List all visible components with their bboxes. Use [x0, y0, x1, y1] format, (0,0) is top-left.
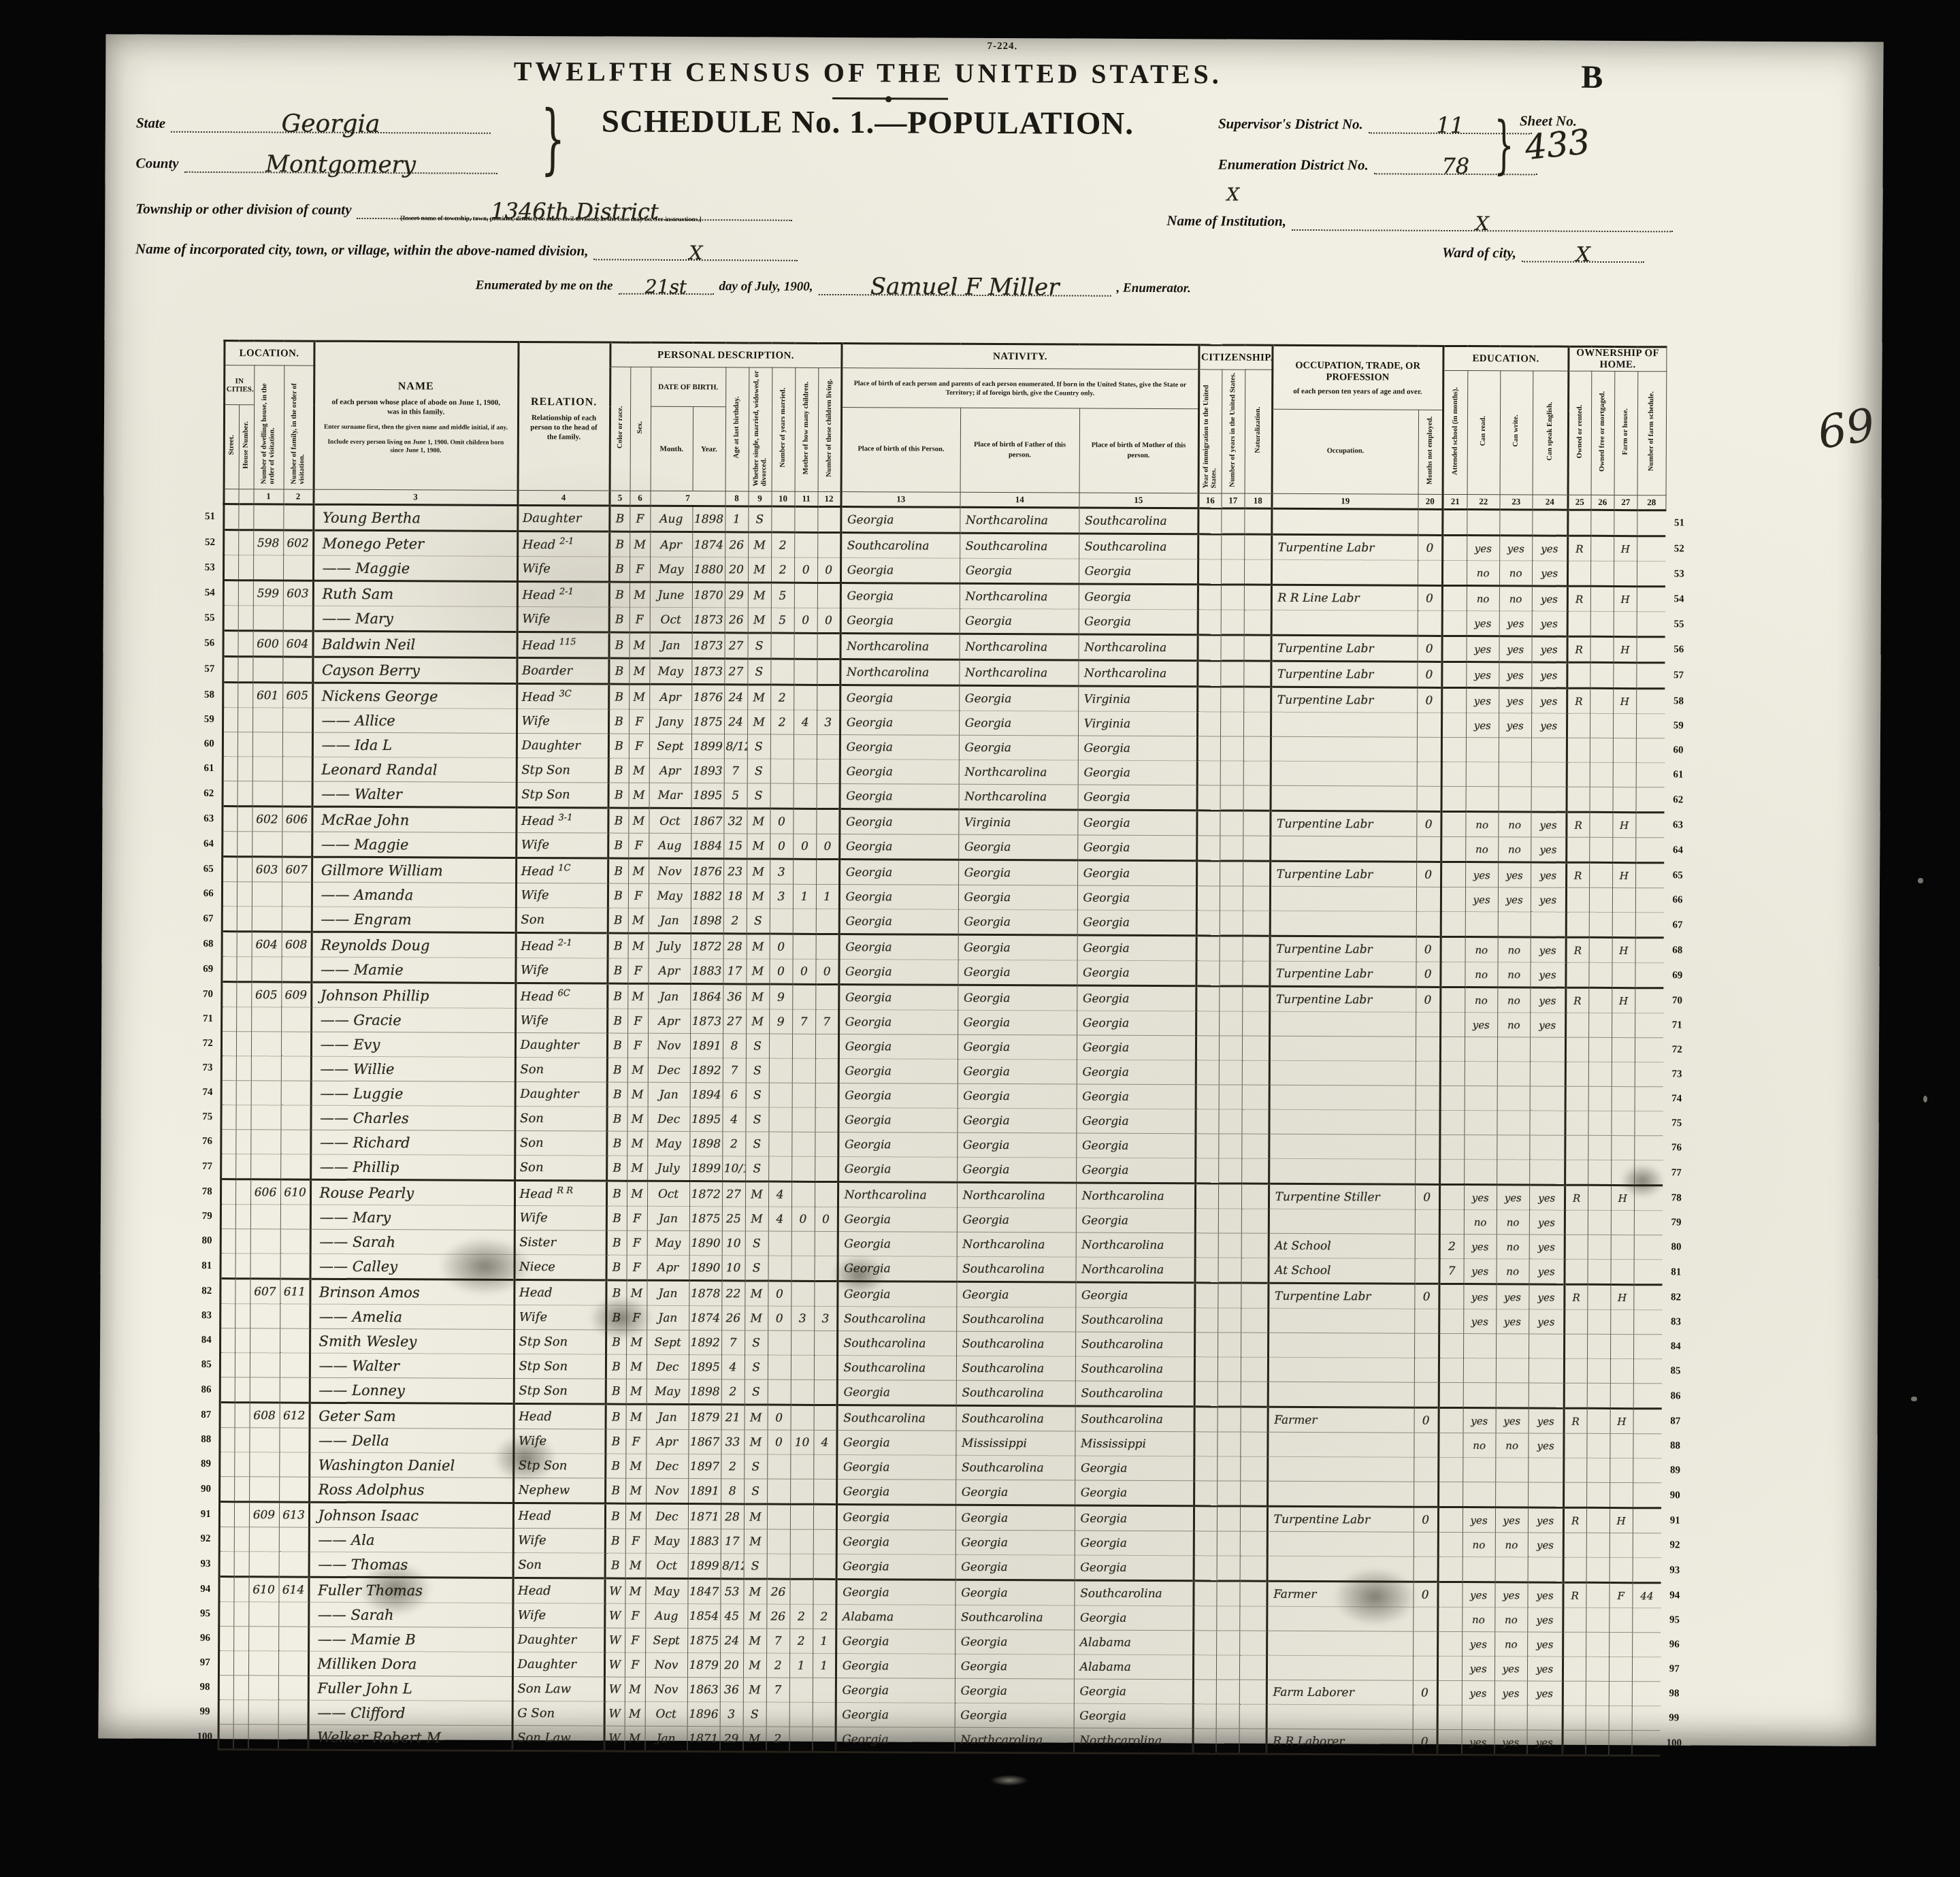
cell-n: 51 — [1665, 510, 1693, 536]
cell-cl — [817, 783, 840, 809]
ink-stain — [576, 1287, 665, 1349]
cell-fs — [1637, 587, 1665, 612]
cell-or — [1567, 662, 1590, 688]
cell-yr: 1882 — [691, 884, 723, 909]
cell-na — [1243, 911, 1270, 936]
paper-sheet: 7-224. B TWELFTH CENSUS OF THE UNITED ST… — [99, 34, 1884, 1746]
cell-fh — [1612, 1037, 1635, 1062]
cell-s: M — [626, 1354, 647, 1379]
cell-mc — [792, 1034, 815, 1058]
cell-rel: Daughter — [515, 1032, 607, 1058]
institution-line: Name of Institution, X — [1166, 212, 1673, 232]
cell-sch — [1442, 610, 1467, 636]
tally-annotation: 6C — [557, 988, 570, 998]
cell-c: B — [606, 1404, 626, 1429]
cell-c: B — [608, 858, 628, 883]
cell-en: yes — [1529, 1309, 1564, 1334]
paper-stain — [307, 417, 866, 773]
cell-fh — [1609, 1632, 1632, 1656]
ward-line: Ward of city, X — [1442, 243, 1644, 263]
cell-occ — [1267, 1655, 1413, 1680]
state-line: State Georgia — [136, 111, 491, 134]
cell-age: 10 — [722, 1256, 745, 1281]
cell-c: W — [604, 1628, 625, 1652]
cell-pf: Georgia — [958, 1083, 1077, 1109]
cell-n: 81 — [195, 1253, 220, 1278]
cell-or: R — [1566, 862, 1589, 887]
cell-mne — [1416, 1061, 1440, 1086]
cell-fs — [1634, 1211, 1663, 1235]
cell-sch — [1437, 1680, 1462, 1705]
cell-im — [1194, 1481, 1217, 1506]
cell-rd: no — [1465, 988, 1497, 1013]
cell-fs — [1637, 561, 1665, 587]
cell-pf: Georgia — [960, 608, 1079, 634]
cell-ym — [768, 1331, 791, 1355]
children-living-header: Number of these children living. — [818, 368, 842, 491]
township-line: Township or other division of county 134… — [135, 198, 792, 221]
ink-stain — [344, 1552, 446, 1627]
cell-rel: Wife — [514, 1205, 606, 1230]
cell-en — [1528, 1482, 1563, 1507]
cell-n: 66 — [1664, 888, 1691, 913]
cell-dw: 603 — [252, 857, 282, 882]
cell-mc: 10 — [790, 1430, 813, 1454]
cell-fam — [282, 832, 312, 857]
cell-wr: yes — [1494, 1730, 1527, 1755]
cell-rel: Daughter — [515, 1081, 607, 1107]
cell-age: 15 — [723, 834, 747, 859]
cell-ofm — [1588, 1259, 1611, 1284]
city-line: Name of incorporated city, town, or vill… — [135, 240, 798, 261]
cell-na — [1241, 1357, 1268, 1382]
scan-speck — [1923, 1096, 1927, 1103]
cell-mc — [794, 783, 817, 809]
cell-fs — [1635, 1013, 1663, 1038]
cell-street — [222, 857, 237, 882]
cell-yr: 1876 — [691, 859, 723, 884]
page-title: TWELFTH CENSUS OF THE UNITED STATES. — [289, 54, 1446, 91]
cell-wr: no — [1494, 1632, 1527, 1656]
cell-mne — [1416, 911, 1441, 936]
cell-en — [1531, 787, 1567, 812]
cell-pm: Northcarolina — [1076, 1233, 1195, 1258]
cell-n: 75 — [195, 1105, 220, 1129]
cell-rel: Head1C — [516, 858, 608, 883]
cell-c: B — [605, 1553, 625, 1578]
cell-pm: Georgia — [1074, 1703, 1193, 1729]
cell-s: M — [627, 983, 648, 1009]
cell-name: —— Engram — [312, 907, 516, 932]
cell-or: R — [1565, 1185, 1588, 1210]
cell-mc: 0 — [791, 1207, 815, 1231]
cell-s: M — [628, 808, 649, 833]
cell-m: S — [745, 1355, 768, 1380]
cell-house — [237, 907, 252, 932]
sheet-letter: B — [1581, 59, 1603, 96]
cell-sch — [1442, 535, 1467, 560]
ink-stain — [420, 1225, 550, 1307]
cell-rel: Head2-1 — [516, 932, 608, 958]
cell-ym: 0 — [770, 934, 793, 959]
cell-s: F — [627, 1230, 647, 1255]
cell-street — [223, 708, 238, 732]
cell-sch — [1438, 1582, 1463, 1607]
cell-or — [1567, 738, 1590, 762]
cell-fs — [1637, 536, 1665, 561]
cell-na — [1243, 861, 1270, 886]
cell-street — [220, 1154, 235, 1179]
cell-yu — [1221, 585, 1244, 610]
cell-mc — [794, 734, 817, 759]
cell-mne: 0 — [1417, 687, 1441, 713]
cell-sch — [1438, 1556, 1463, 1582]
cell-m: M — [747, 884, 770, 909]
cell-house — [236, 1007, 251, 1032]
cell-rel: Wife — [515, 958, 607, 983]
cell-dw — [253, 555, 283, 581]
cell-sch — [1440, 1012, 1465, 1037]
cell-fam — [281, 1056, 311, 1081]
cell-yr: 1895 — [689, 1107, 722, 1132]
cell-street — [221, 1081, 236, 1105]
cell-age: 7 — [724, 759, 747, 783]
cell-pf: Georgia — [955, 1530, 1075, 1555]
cell-pm: Georgia — [1075, 1531, 1194, 1556]
cell-en: yes — [1530, 988, 1565, 1013]
cell-n: 62 — [1665, 787, 1692, 813]
cell-street — [223, 781, 238, 806]
cell-m: S — [747, 783, 770, 809]
cell-rd: yes — [1463, 1582, 1495, 1607]
cell-ofm — [1588, 1135, 1611, 1160]
cell-rd — [1463, 1334, 1496, 1358]
cell-yr: 1875 — [687, 1629, 720, 1653]
cell-occ: Turpentine Labr — [1268, 1283, 1414, 1309]
cell-yu — [1218, 1382, 1241, 1407]
cell-im — [1197, 811, 1220, 836]
cell-occ — [1271, 736, 1417, 762]
enumerated-day-field: 21st — [618, 276, 713, 295]
cell-or — [1565, 1135, 1588, 1160]
cell-im — [1196, 1060, 1219, 1085]
right-brace: } — [1494, 108, 1514, 181]
cell-ofm — [1588, 1013, 1612, 1037]
street-header: Street. — [224, 405, 240, 489]
cell-street — [220, 1229, 235, 1254]
cell-rd — [1466, 738, 1499, 762]
cell-mo: Nov — [645, 1677, 687, 1701]
cell-im — [1196, 986, 1219, 1011]
cell-na — [1243, 936, 1270, 961]
cell-m: S — [744, 1479, 767, 1504]
cell-ym: 3 — [770, 884, 793, 909]
cell-n: 87 — [1662, 1409, 1689, 1434]
cell-occ: Turpentine Labr — [1270, 861, 1416, 887]
cell-n: 91 — [193, 1501, 219, 1527]
cell-sch — [1439, 1407, 1463, 1433]
cell-fh — [1609, 1607, 1632, 1632]
row-number-column-right — [1666, 347, 1694, 510]
cell-house — [235, 1229, 250, 1254]
ink-stain — [1612, 1157, 1673, 1205]
cell-pb: Georgia — [838, 1207, 957, 1233]
cell-age: 3 — [720, 1702, 743, 1727]
cell-wr — [1495, 1458, 1528, 1482]
cell-fs — [1632, 1731, 1661, 1756]
cell-cl — [814, 1405, 837, 1430]
cell-yu — [1218, 1357, 1241, 1382]
cell-ym — [770, 734, 794, 759]
enumerator-name: Samuel F Miller — [870, 278, 1060, 297]
cell-ofm — [1586, 1656, 1609, 1681]
cell-dw — [251, 957, 281, 982]
cell-pf: Northcarolina — [960, 583, 1079, 609]
cell-mo: Dec — [647, 1107, 689, 1131]
cell-na — [1241, 1333, 1268, 1357]
farm-schedule-header: Number of farm schedule. — [1637, 372, 1667, 495]
cell-house — [234, 1552, 249, 1577]
cell-or — [1567, 787, 1590, 812]
cell-n: 82 — [1663, 1285, 1690, 1310]
cell-s: M — [627, 1156, 647, 1181]
cell-dw — [249, 1477, 279, 1502]
cell-fh — [1611, 1235, 1634, 1259]
cell-occ: Turpentine Labr — [1271, 687, 1417, 713]
cell-im — [1195, 1184, 1218, 1209]
cell-mne — [1415, 1258, 1439, 1284]
cell-ym: 0 — [768, 1281, 791, 1306]
cell-yu — [1216, 1631, 1239, 1655]
cell-sch — [1441, 737, 1466, 762]
margin-note: 69 — [1814, 398, 1879, 459]
cell-street — [222, 882, 237, 907]
cell-c: B — [608, 908, 628, 933]
cell-fam — [282, 757, 312, 781]
cell-yu — [1219, 1060, 1242, 1085]
cell-fam — [283, 504, 313, 530]
cell-ofm — [1586, 1730, 1609, 1755]
tally-annotation: 3-1 — [559, 813, 573, 823]
cell-fam — [279, 1552, 309, 1577]
cell-dw — [253, 504, 283, 530]
cell-cl — [814, 1355, 837, 1380]
cell-street — [222, 806, 237, 832]
cell-fam — [280, 1304, 310, 1328]
cell-n: 83 — [194, 1303, 220, 1328]
cell-wr: yes — [1496, 1309, 1529, 1334]
cell-sch — [1439, 1433, 1463, 1457]
cell-c: B — [605, 1529, 625, 1553]
cell-pf: Georgia — [959, 735, 1078, 760]
cell-pm: Virginia — [1078, 686, 1197, 712]
cell-or — [1563, 1681, 1586, 1705]
cell-dw — [251, 1007, 281, 1032]
cell-cl — [815, 1181, 838, 1207]
cell-street — [220, 1304, 235, 1328]
cell-yr: 1879 — [687, 1653, 720, 1678]
cell-pm: Southcarolina — [1075, 1381, 1194, 1407]
cell-n: 95 — [193, 1601, 218, 1626]
cell-wr: no — [1497, 1210, 1529, 1235]
cell-sch — [1437, 1705, 1462, 1729]
cell-ym — [767, 1554, 790, 1579]
cell-rd — [1463, 1557, 1495, 1582]
cell-mne: 0 — [1414, 1407, 1439, 1433]
cell-occ — [1271, 508, 1418, 535]
cell-wr: yes — [1499, 536, 1532, 561]
cell-ym: 2 — [766, 1727, 789, 1752]
cell-en — [1532, 510, 1567, 536]
cell-rd: yes — [1467, 636, 1499, 662]
cell-pf: Mississippi — [956, 1431, 1075, 1456]
cell-street — [221, 982, 236, 1007]
cell-en — [1531, 762, 1567, 787]
cell-rd — [1465, 1037, 1497, 1062]
cell-pm: Georgia — [1078, 736, 1197, 761]
cell-mo: Oct — [649, 808, 691, 833]
cell-im — [1193, 1655, 1216, 1680]
cell-ofm — [1586, 1607, 1609, 1632]
cell-ofm — [1588, 1160, 1611, 1185]
cell-street — [218, 1651, 233, 1676]
cell-or — [1565, 1160, 1588, 1185]
cell-m: S — [746, 1034, 769, 1058]
cell-en: yes — [1529, 1259, 1565, 1284]
cell-n: 81 — [1663, 1260, 1690, 1285]
cell-fh: H — [1613, 812, 1636, 837]
cell-na — [1242, 1109, 1269, 1134]
cell-mo: Oct — [645, 1701, 687, 1726]
cell-cl — [815, 1034, 838, 1058]
cell-yu — [1216, 1729, 1239, 1754]
cell-n: 52 — [197, 529, 223, 555]
cell-dw: 598 — [253, 530, 283, 555]
cell-im — [1193, 1606, 1216, 1631]
cell-n: 99 — [193, 1699, 218, 1724]
cell-occ — [1268, 1357, 1414, 1382]
cell-sch — [1437, 1607, 1462, 1631]
cell-yr: 1892 — [690, 1058, 723, 1083]
cell-n: 82 — [194, 1278, 220, 1303]
cell-rd — [1465, 1086, 1497, 1111]
nativity-desc: Place of birth of each person and parent… — [841, 368, 1198, 409]
cell-or: R — [1563, 1507, 1586, 1533]
cell-house — [235, 1105, 250, 1130]
cell-pf: Northcarolina — [960, 634, 1079, 660]
cell-mne — [1415, 1135, 1439, 1159]
cell-street — [219, 1502, 234, 1527]
cell-pm: Georgia — [1078, 810, 1197, 836]
cell-house — [235, 1179, 250, 1205]
cell-wr — [1497, 1160, 1529, 1185]
cell-dw — [248, 1700, 278, 1725]
cell-m: M — [747, 934, 770, 959]
cell-c: B — [608, 933, 628, 958]
cell-occ — [1268, 1333, 1414, 1358]
cell-rd: yes — [1467, 611, 1499, 636]
col-group-location: LOCATION. — [224, 341, 314, 366]
cell-age: 2 — [723, 909, 747, 934]
cell-mo: Dec — [648, 1058, 690, 1082]
supervisors-district-label: Supervisor's District No. — [1218, 115, 1363, 133]
cell-fam — [279, 1428, 309, 1452]
cell-fam: 605 — [282, 683, 312, 708]
cell-n: 87 — [194, 1402, 220, 1427]
cell-name: Welker Robert M — [308, 1725, 512, 1750]
cell-name: —— Charles — [311, 1105, 515, 1130]
cell-mo: Jan — [648, 983, 690, 1009]
cell-n: 94 — [1661, 1583, 1688, 1608]
cell-or — [1563, 1533, 1586, 1557]
cell-age: 10 — [722, 1231, 745, 1256]
cell-dw — [250, 1130, 280, 1154]
cell-ofm — [1587, 1358, 1610, 1383]
cell-fs — [1636, 663, 1665, 689]
cell-en — [1527, 1705, 1563, 1730]
cell-house — [234, 1428, 249, 1452]
cell-pf: Southcarolina — [957, 1256, 1076, 1282]
cell-m: S — [745, 1132, 768, 1156]
cell-name: —— Evy — [311, 1032, 515, 1057]
cell-n: 88 — [193, 1427, 219, 1452]
cell-dw — [250, 1304, 280, 1328]
cell-s: M — [628, 933, 649, 958]
cell-na — [1239, 1606, 1267, 1631]
cell-rd: yes — [1463, 1507, 1495, 1533]
cell-fh — [1610, 1383, 1633, 1408]
cell-dw — [250, 1229, 280, 1254]
cell-house — [238, 530, 253, 555]
cell-yu — [1217, 1456, 1240, 1481]
cell-fam — [282, 657, 312, 683]
cell-house — [233, 1725, 248, 1750]
cell-ofm — [1590, 738, 1613, 762]
cell-mne — [1414, 1358, 1439, 1382]
cell-wr — [1499, 510, 1532, 536]
cell-n: 97 — [193, 1650, 218, 1675]
cell-im — [1196, 886, 1220, 911]
cell-mo: July — [649, 933, 691, 958]
cell-im — [1196, 1109, 1219, 1134]
cell-mne — [1416, 1037, 1440, 1061]
cell-ym — [770, 759, 794, 783]
cell-house — [236, 982, 251, 1007]
name-desc: of each person whose place of abode on J… — [316, 398, 516, 418]
cell-s: M — [628, 908, 649, 933]
cell-sch — [1439, 1309, 1463, 1333]
cell-sch: 2 — [1439, 1234, 1464, 1258]
cell-pb: Northcarolina — [838, 1182, 957, 1208]
cell-ofm — [1586, 1705, 1609, 1730]
cell-ofm — [1586, 1681, 1609, 1705]
cell-m: M — [746, 1009, 769, 1034]
occupation-header: Occupation. — [1272, 409, 1419, 494]
cell-house — [234, 1527, 249, 1552]
cell-yu — [1219, 1011, 1242, 1036]
cell-n: 61 — [1665, 763, 1692, 787]
supervisors-district-line: Supervisor's District No. 11 — [1218, 112, 1532, 134]
cell-cl: 7 — [815, 1009, 838, 1034]
cell-pb: Georgia — [840, 507, 960, 534]
cell-ym: 0 — [768, 1306, 791, 1331]
cell-ym — [768, 1107, 791, 1132]
cell-c: B — [606, 1156, 627, 1181]
cell-fs — [1633, 1310, 1662, 1335]
cell-house — [237, 882, 252, 907]
cell-dw — [253, 606, 283, 631]
cell-cl — [814, 1380, 837, 1405]
